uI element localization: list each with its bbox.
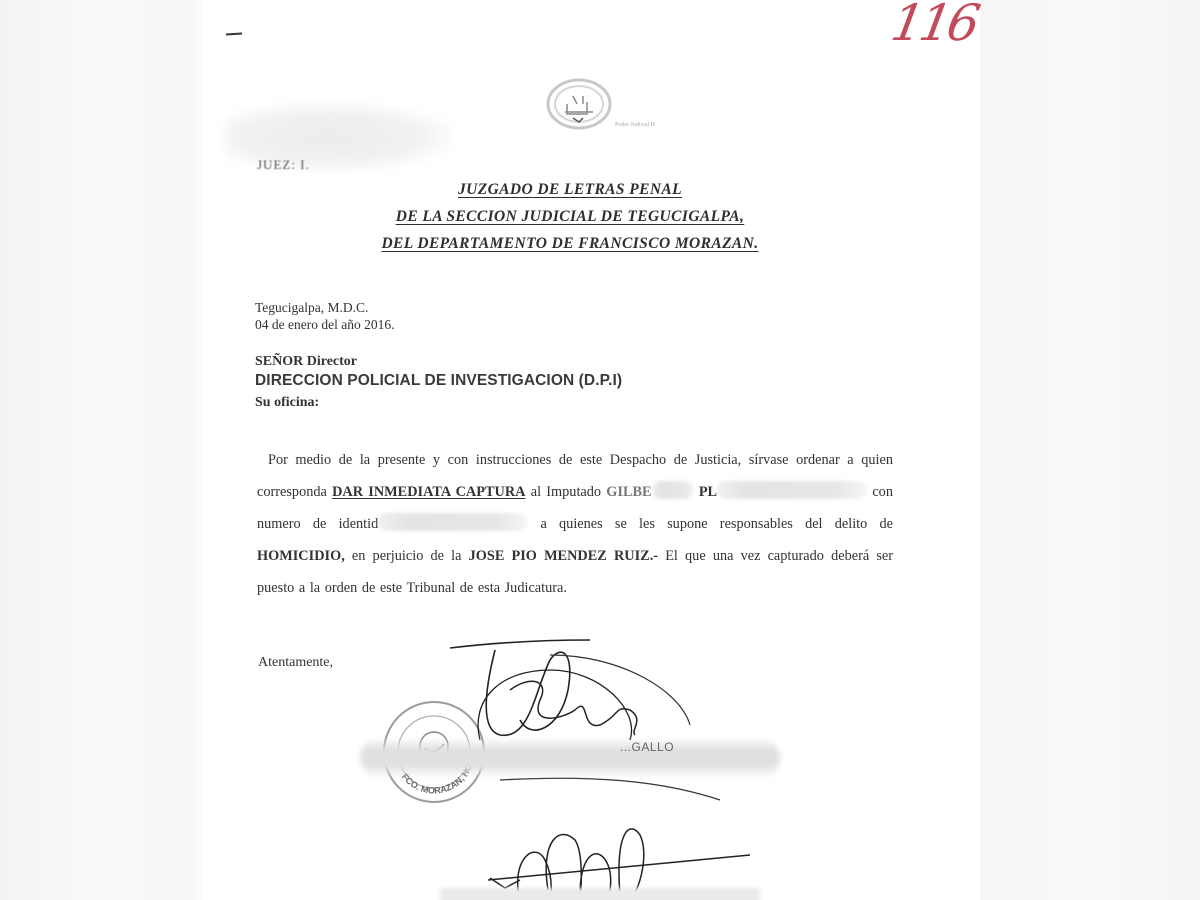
redaction-signer-name [360, 738, 780, 778]
court-header-line-1: JUZGADO DE LETRAS PENAL [360, 176, 780, 203]
date: 04 de enero del año 2016. [255, 316, 394, 333]
place-date-block: Tegucigalpa, M.D.C. 04 de enero del año … [255, 299, 394, 333]
addressee-title: SEÑOR Director [255, 353, 622, 370]
body-text-4: a quienes se les supone responsables del… [528, 516, 893, 532]
redaction-bottom [440, 888, 760, 900]
folio-number: 116 [887, 0, 981, 52]
crime-text: HOMICIDIO, [257, 548, 345, 564]
court-logo-icon: Poder Judicial Honduras [543, 74, 655, 138]
defendant-name-fragment: GILBE [606, 484, 651, 500]
closing: Atentamente, [258, 655, 333, 671]
body-paragraph: Por medio de la presente y con instrucci… [257, 444, 893, 604]
judge-label: JUEZ: I. [257, 157, 310, 173]
place: Tegucigalpa, M.D.C. [255, 299, 394, 316]
signature-judge [440, 630, 740, 810]
addressee-office: Su oficina: [255, 392, 622, 414]
order-text: DAR INMEDIATA CAPTURA [332, 484, 525, 500]
background-right [980, 0, 1200, 900]
court-header: JUZGADO DE LETRAS PENAL DE LA SECCION JU… [360, 176, 780, 257]
signer-name-fragment: ...GALLO [620, 740, 674, 754]
victim-name: JOSE PIO MENDEZ RUIZ.- [469, 548, 658, 564]
addressee-block: SEÑOR Director DIRECCION POLICIAL DE INV… [255, 353, 622, 414]
redaction-id-number [378, 513, 528, 531]
defendant-name-fragment-2: PL [699, 484, 717, 500]
court-header-line-2: DE LA SECCION JUDICIAL DE TEGUCIGALPA, [360, 203, 780, 230]
addressee-organization: DIRECCION POLICIAL DE INVESTIGACION (D.P… [255, 370, 622, 392]
court-header-line-3: DEL DEPARTAMENTO DE FRANCISCO MORAZAN. [360, 230, 780, 257]
logo-caption: Poder Judicial Honduras [615, 122, 655, 128]
body-text-5: en perjuicio de la [345, 548, 469, 564]
redaction-defendant-1 [652, 481, 694, 499]
redaction-defendant-2 [717, 481, 867, 499]
body-text-2: al Imputado [526, 484, 607, 500]
